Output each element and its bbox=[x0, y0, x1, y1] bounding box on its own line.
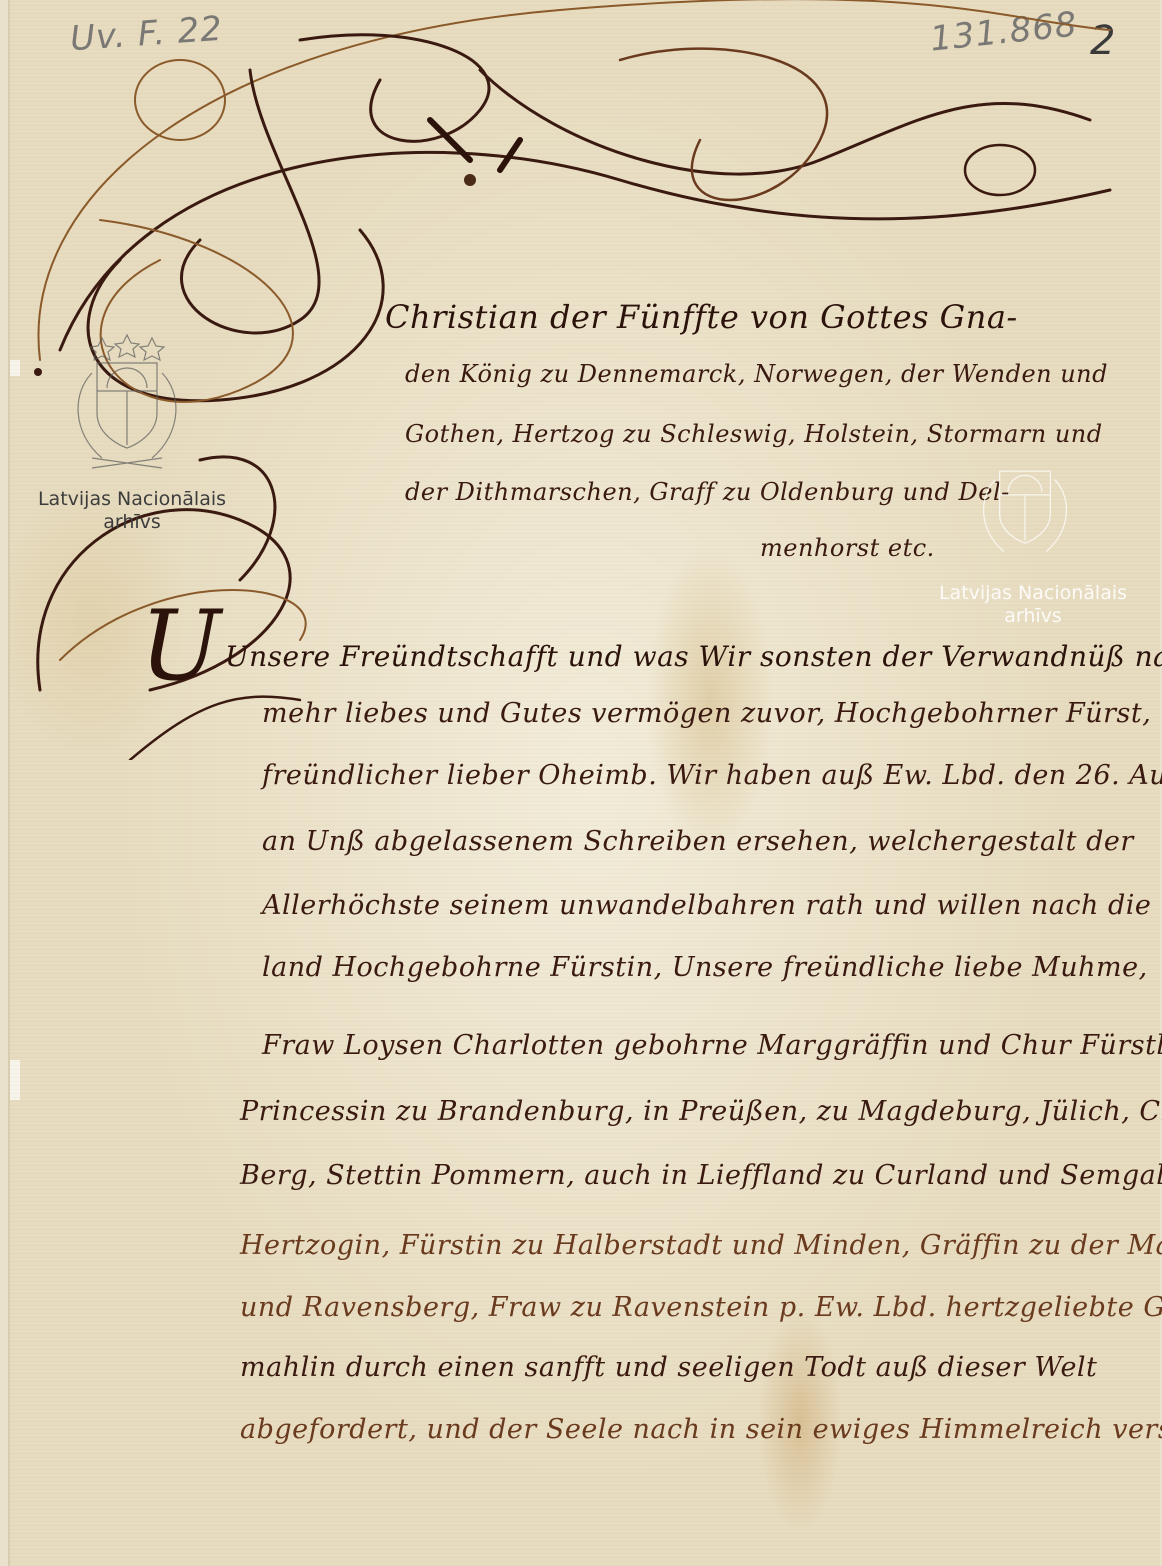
body-line: Berg, Stettin Pommern, auch in Lieffland… bbox=[240, 1160, 1162, 1191]
watermark-line1: Latvijas Nacionālais bbox=[22, 488, 242, 511]
watermark-archive-label: Latvijas Nacionālais arhīvs bbox=[22, 488, 242, 534]
body-line: Hertzogin, Fürstin zu Halberstadt und Mi… bbox=[240, 1230, 1162, 1261]
heading-line: Gothen, Hertzog zu Schleswig, Holstein, … bbox=[405, 420, 1103, 448]
heading-line: der Dithmarschen, Graff zu Oldenburg und… bbox=[405, 478, 1010, 506]
body-line: abgefordert, und der Seele nach in sein … bbox=[240, 1414, 1162, 1445]
watermark-line2: arhīvs bbox=[22, 511, 242, 534]
watermark-line1: Latvijas Nacionālais bbox=[918, 582, 1148, 605]
page-edge-tear bbox=[10, 1060, 20, 1100]
latvian-coat-of-arms-icon bbox=[970, 445, 1080, 565]
body-line: Unsere Freündtschafft und was Wir sonste… bbox=[225, 640, 1162, 673]
pencil-mark-sheet-number: 2 bbox=[1090, 18, 1116, 64]
heading-line: menhorst etc. bbox=[760, 534, 935, 562]
body-line: Fraw Loysen Charlotten gebohrne Marggräf… bbox=[262, 1030, 1162, 1061]
body-line: Princessin zu Brandenburg, in Preüßen, z… bbox=[240, 1096, 1162, 1127]
latvian-coat-of-arms-icon bbox=[62, 333, 192, 473]
watermark-line2: arhīvs bbox=[918, 605, 1148, 628]
body-line: an Unß abgelassenem Schreiben ersehen, w… bbox=[262, 826, 1134, 857]
watermark-archive-label: Latvijas Nacionālais arhīvs bbox=[918, 582, 1148, 628]
body-line: mahlin durch einen sanfft und seeligen T… bbox=[240, 1352, 1097, 1383]
page-edge-tear bbox=[10, 360, 20, 376]
heading-line: den König zu Dennemarck, Norwegen, der W… bbox=[405, 360, 1108, 388]
body-line: land Hochgebohrne Fürstin, Unsere freünd… bbox=[262, 952, 1148, 983]
body-line: und Ravensberg, Fraw zu Ravenstein p. Ew… bbox=[240, 1292, 1162, 1323]
decorated-initial: U bbox=[140, 590, 221, 702]
body-line: Allerhöchste seinem unwandelbahren rath … bbox=[262, 890, 1162, 921]
body-line: freündlicher lieber Oheimb. Wir haben au… bbox=[262, 760, 1162, 791]
heading-line: Christian der Fünffte von Gottes Gna- bbox=[385, 298, 1018, 336]
body-line: mehr liebes und Gutes vermögen zuvor, Ho… bbox=[262, 698, 1151, 729]
